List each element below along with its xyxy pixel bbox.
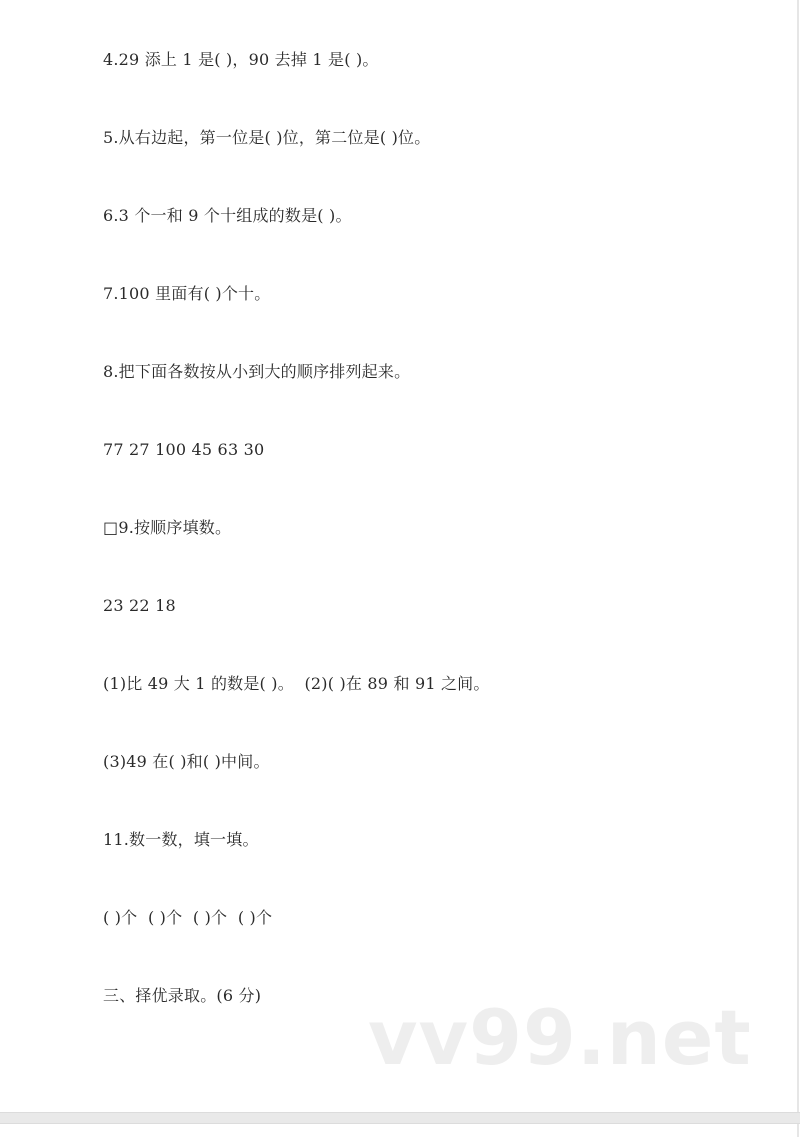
document-page: 4.29 添上 1 是( )，90 去掉 1 是( )。 5.从右边起，第一位是… [0,0,799,1112]
question-8: 8.把下面各数按从小到大的顺序排列起来。 [103,362,410,382]
question-8-numbers: 77 27 100 45 63 30 [103,440,264,460]
next-page [0,1124,799,1137]
watermark: vv99.net [368,998,752,1078]
question-6: 6.3 个一和 9 个十组成的数是( )。 [103,206,352,226]
question-10-part-3: (3)49 在( )和( )中间。 [103,752,270,772]
question-5: 5.从右边起，第一位是( )位，第二位是( )位。 [103,128,430,148]
question-10-parts-1-2: (1)比 49 大 1 的数是( )。 (2)( )在 89 和 91 之间。 [103,674,490,694]
question-4: 4.29 添上 1 是( )，90 去掉 1 是( )。 [103,50,379,70]
section-3-heading: 三、择优录取。(6 分) [103,986,261,1006]
page-separator [0,1112,800,1124]
question-11-blanks: ( )个 ( )个 ( )个 ( )个 [103,908,272,928]
question-7: 7.100 里面有( )个十。 [103,284,270,304]
question-11: 11.数一数，填一填。 [103,830,259,850]
question-9-sequence: 23 22 18 [103,596,176,616]
question-9: □9.按顺序填数。 [103,518,231,538]
